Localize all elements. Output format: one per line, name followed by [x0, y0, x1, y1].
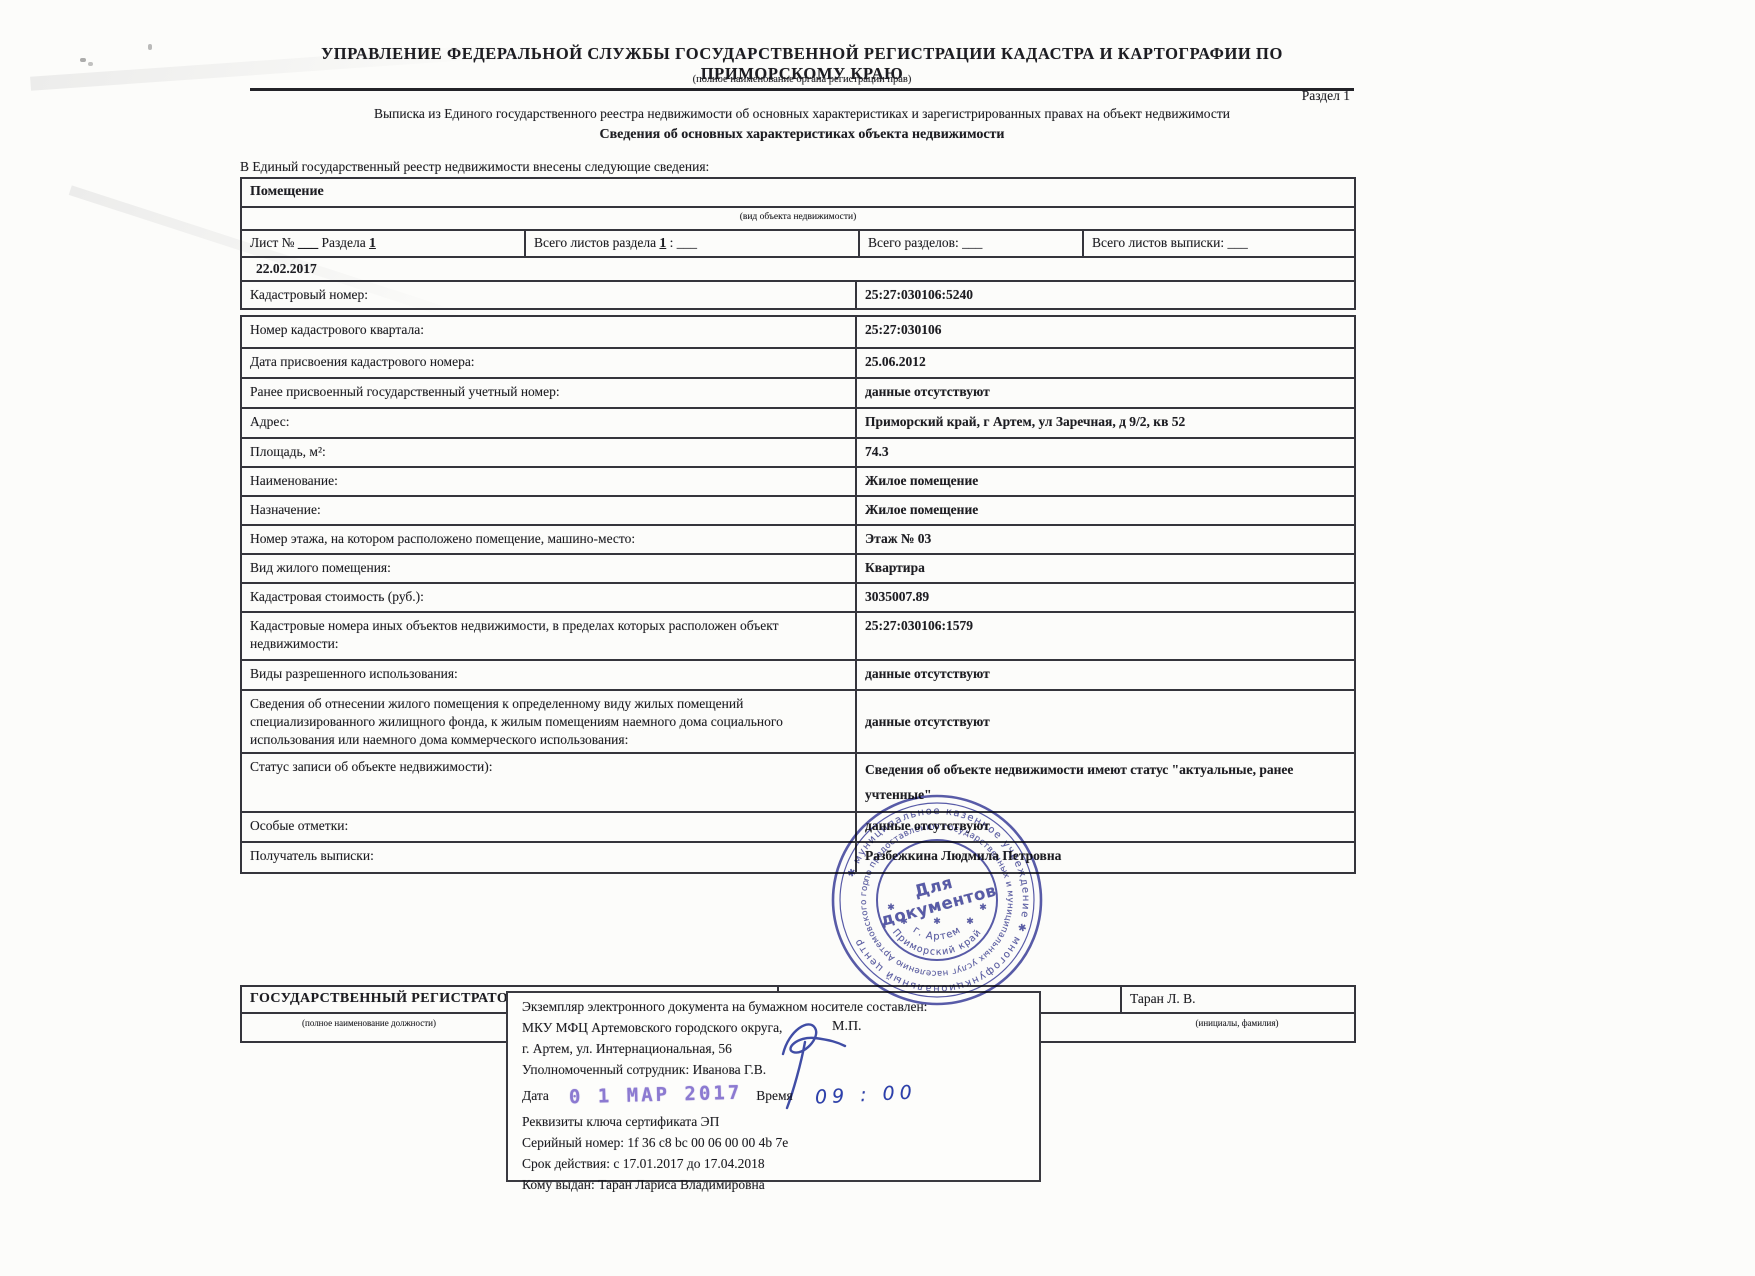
- table-row: Дата присвоения кадастрового номера: 25.…: [242, 347, 1354, 377]
- total-sections-cell: Всего разделов: ___: [858, 231, 1082, 256]
- row-label: Статус записи об объекте недвижимости):: [242, 754, 855, 811]
- total-extract-blank: ___: [1227, 235, 1247, 250]
- table-row: Площадь, м²: 74.3: [242, 437, 1354, 466]
- row-label: Получатель выписки:: [242, 843, 855, 872]
- certificate-validity: Срок действия: с 17.01.2017 до 17.04.201…: [522, 1153, 1033, 1174]
- object-header-table: Помещение (вид объекта недвижимости) Лис…: [240, 177, 1356, 310]
- svg-text:✱: ✱: [887, 903, 895, 913]
- certificate-issued-to: Кому выдан: Таран Лариса Владимировна: [522, 1174, 1033, 1195]
- row-label: Площадь, м²:: [242, 439, 855, 466]
- paper-copy-certificate-box: Экземпляр электронного документа на бума…: [506, 991, 1041, 1182]
- row-label: Дата присвоения кадастрового номера:: [242, 349, 855, 377]
- row-value: данные отсутствуют: [855, 691, 1354, 752]
- cadastral-number-label: Кадастровый номер:: [242, 282, 855, 308]
- certificate-key-title: Реквизиты ключа сертификата ЭП: [522, 1111, 1033, 1132]
- scan-smudge: [88, 62, 93, 66]
- row-label: Кадастровые номера иных объектов недвижи…: [242, 613, 855, 659]
- sheet-num: 1: [369, 235, 376, 250]
- row-value: Приморский край, г Артем, ул Заречная, д…: [855, 409, 1354, 437]
- table-row: Статус записи об объекте недвижимости): …: [242, 752, 1354, 811]
- row-label: Виды разрешенного использования:: [242, 661, 855, 689]
- date-ink-stamp: 0 1 МАР 2017: [569, 1082, 743, 1108]
- sheet-label: Лист №: [250, 235, 295, 250]
- row-value: 74.3: [855, 439, 1354, 466]
- row-label: Вид жилого помещения:: [242, 555, 855, 582]
- row-label: Номер кадастрового квартала:: [242, 317, 855, 347]
- row-value: Этаж № 03: [855, 526, 1354, 553]
- table-row: Вид жилого помещения: Квартира: [242, 553, 1354, 582]
- row-label: Наименование:: [242, 468, 855, 495]
- document-subtitle: Сведения об основных характеристиках объ…: [250, 127, 1354, 143]
- table-row: Кадастровая стоимость (руб.): 3035007.89: [242, 582, 1354, 611]
- total-sheets-label: Всего листов раздела: [534, 235, 656, 250]
- official-round-stamp-icon: ✱ муниципальное казенное учреждение ✱ мн…: [827, 790, 1047, 1010]
- registrar-name: Таран Л. В.: [1120, 987, 1354, 1012]
- row-label: Адрес:: [242, 409, 855, 437]
- total-sheets-blank: : ___: [670, 235, 697, 250]
- row-value: данные отсутствуют: [855, 661, 1354, 689]
- svg-text:✱: ✱: [966, 917, 974, 927]
- total-sheets-cell: Всего листов раздела 1 : ___: [524, 231, 858, 256]
- stamp-city-text: г. Артем: [911, 925, 963, 943]
- row-label: Особые отметки:: [242, 813, 855, 841]
- date-label: Дата: [522, 1085, 549, 1106]
- row-value: 25.06.2012: [855, 349, 1354, 377]
- row-value: 25:27:030106: [855, 317, 1354, 347]
- row-label: Номер этажа, на котором расположено поме…: [242, 526, 855, 553]
- table-row: Ранее присвоенный государственный учетны…: [242, 377, 1354, 407]
- scan-smudge: [148, 44, 152, 50]
- table-row: Адрес: Приморский край, г Артем, ул Заре…: [242, 407, 1354, 437]
- total-extract-label: Всего листов выписки:: [1092, 235, 1224, 250]
- sheet-blank: ___: [298, 235, 318, 250]
- scanned-egrn-extract: { "header": { "org_name": "УПРАВЛЕНИЕ ФЕ…: [0, 0, 1755, 1276]
- sheet-number-cell: Лист № ___ Раздела 1: [242, 231, 524, 256]
- registrar-caption-initials: (инициалы, фамилия): [1120, 1014, 1354, 1041]
- row-label: Сведения об отнесении жилого помещения к…: [242, 691, 855, 752]
- table-row: Наименование: Жилое помещение: [242, 466, 1354, 495]
- org-name-caption: (полное наименование органа регистрации …: [250, 74, 1354, 85]
- row-label: Кадастровая стоимость (руб.):: [242, 584, 855, 611]
- row-value: Жилое помещение: [855, 497, 1354, 524]
- svg-text:✱: ✱: [933, 917, 941, 927]
- table-row: Назначение: Жилое помещение: [242, 495, 1354, 524]
- svg-text:✱: ✱: [979, 903, 987, 913]
- row-value: Жилое помещение: [855, 468, 1354, 495]
- table-row: Особые отметки: данные отсутствуют: [242, 811, 1354, 841]
- section-label: Раздел 1: [1302, 88, 1350, 104]
- total-extract-sheets-cell: Всего листов выписки: ___: [1082, 231, 1354, 256]
- cadastral-number-value: 25:27:030106:5240: [855, 282, 1354, 308]
- certificate-serial: Серийный номер: 1f 36 c8 bc 00 06 00 00 …: [522, 1132, 1033, 1153]
- svg-text:г. Артем: г. Артем: [911, 925, 963, 943]
- table-row: Номер кадастрового квартала: 25:27:03010…: [242, 317, 1354, 347]
- table-row: Получатель выписки: Разбежкина Людмила П…: [242, 841, 1354, 872]
- table-row: Номер этажа, на котором расположено поме…: [242, 524, 1354, 553]
- row-value: 25:27:030106:1579: [855, 613, 1354, 659]
- row-value: данные отсутствуют: [855, 379, 1354, 407]
- sheet-label2: Раздела: [322, 235, 366, 250]
- table-row: Кадастровые номера иных объектов недвижи…: [242, 611, 1354, 659]
- extract-date: 22.02.2017: [242, 258, 325, 280]
- svg-text:✱: ✱: [900, 917, 908, 927]
- row-label: Ранее присвоенный государственный учетны…: [242, 379, 855, 407]
- scan-smudge: [80, 58, 86, 62]
- table-row: Сведения об отнесении жилого помещения к…: [242, 689, 1354, 752]
- row-value: Квартира: [855, 555, 1354, 582]
- total-sections-blank: ___: [962, 235, 982, 250]
- intro-line: В Единый государственный реестр недвижим…: [240, 159, 709, 175]
- row-label: Назначение:: [242, 497, 855, 524]
- object-kind: Помещение: [242, 179, 332, 206]
- row-value: 3035007.89: [855, 584, 1354, 611]
- total-sections-label: Всего разделов:: [868, 235, 959, 250]
- document-title: Выписка из Единого государственного реес…: [250, 106, 1354, 122]
- table-row: Виды разрешенного использования: данные …: [242, 659, 1354, 689]
- signature-scribble: [775, 1012, 865, 1112]
- details-table: Номер кадастрового квартала: 25:27:03010…: [240, 315, 1356, 874]
- total-sheets-num: 1: [659, 235, 666, 250]
- object-kind-caption: (вид объекта недвижимости): [242, 208, 1354, 229]
